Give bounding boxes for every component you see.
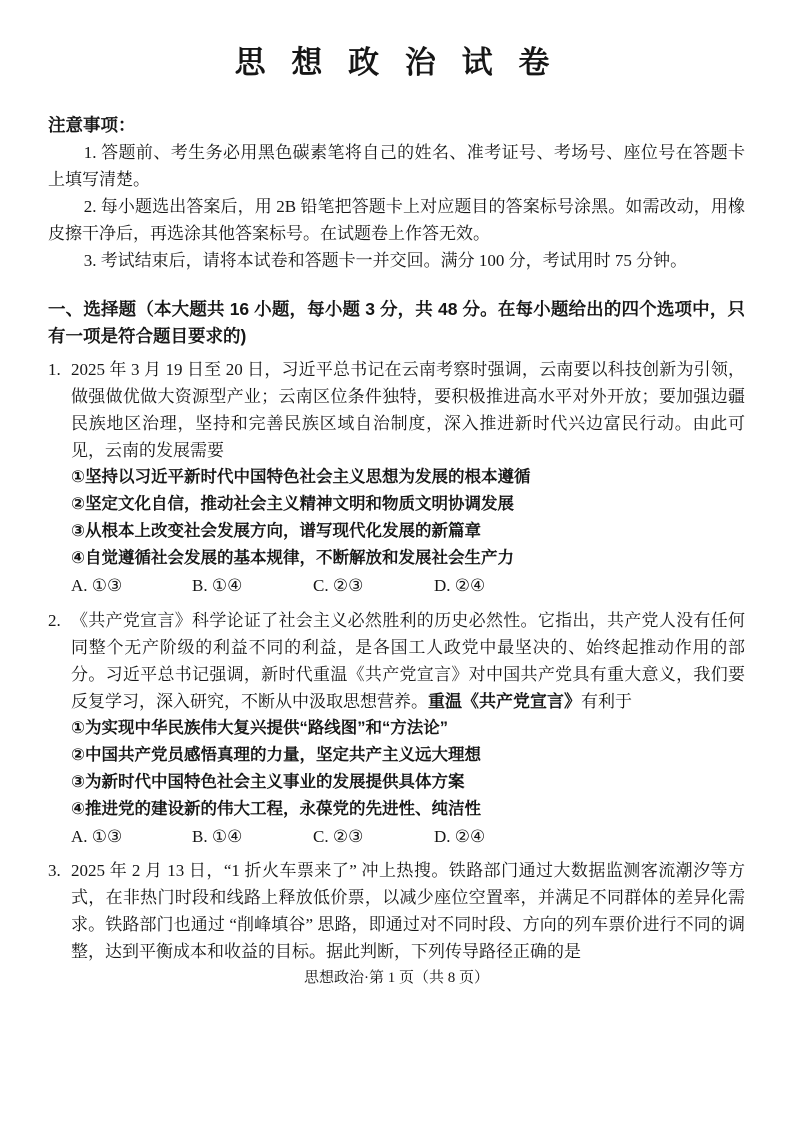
question-option-4: ④推进党的建设新的伟大工程，永葆党的先进性、纯洁性 xyxy=(71,796,745,823)
question-option-3: ③为新时代中国特色社会主义事业的发展提供具体方案 xyxy=(71,769,745,796)
question-option-4: ④自觉遵循社会发展的基本规律，不断解放和发展社会生产力 xyxy=(71,545,745,572)
stem-text: 2025 年 3 月 19 日至 20 日，习近平总书记在云南考察时强调，云南要… xyxy=(71,360,745,460)
question-option-3: ③从根本上改变社会发展方向，谱写现代化发展的新篇章 xyxy=(71,518,745,545)
stem-text: 有利于 xyxy=(581,692,632,711)
choice-b: B. ①④ xyxy=(192,823,313,850)
page-footer: 思想政治·第 1 页（共 8 页） xyxy=(0,968,793,988)
exam-page: 思 想 政 治 试 卷 注意事项： 1. 答题前、考生务必用黑色碳素笔将自己的姓… xyxy=(0,0,793,1121)
answer-choices: A. ①③ B. ①④ C. ②③ D. ②④ xyxy=(71,572,745,599)
question-stem: 2025 年 2 月 13 日，“1 折火车票来了” 冲上热搜。铁路部门通过大数… xyxy=(71,857,745,965)
question-stem: 2025 年 3 月 19 日至 20 日，习近平总书记在云南考察时强调，云南要… xyxy=(71,356,745,464)
notice-heading: 注意事项： xyxy=(48,112,745,139)
notice-item-3: 3. 考试结束后，请将本试卷和答题卡一并交回。满分 100 分，考试用时 75 … xyxy=(48,247,745,274)
stem-text: 2025 年 2 月 13 日，“1 折火车票来了” 冲上热搜。铁路部门通过大数… xyxy=(71,861,745,961)
choice-c: C. ②③ xyxy=(313,823,434,850)
notice-section: 注意事项： 1. 答题前、考生务必用黑色碳素笔将自己的姓名、准考证号、考场号、座… xyxy=(48,112,745,274)
notice-item-2: 2. 每小题选出答案后，用 2B 铅笔把答题卡上对应题目的答案标号涂黑。如需改动… xyxy=(48,193,745,247)
choice-b: B. ①④ xyxy=(192,572,313,599)
choice-d: D. ②④ xyxy=(434,572,485,599)
page-title: 思 想 政 治 试 卷 xyxy=(48,0,745,82)
question-option-1: ①为实现中华民族伟大复兴提供“路线图”和“方法论” xyxy=(71,715,745,742)
section-heading: 一、选择题（本大题共 16 小题，每小题 3 分，共 48 分。在每小题给出的四… xyxy=(48,296,745,350)
choice-c: C. ②③ xyxy=(313,572,434,599)
question-number: 3. xyxy=(48,857,61,884)
question-3: 3. 2025 年 2 月 13 日，“1 折火车票来了” 冲上热搜。铁路部门通… xyxy=(48,857,745,965)
question-stem: 《共产党宣言》科学论证了社会主义必然胜利的历史必然性。它指出，共产党人没有任何同… xyxy=(71,607,745,715)
question-option-2: ②坚定文化自信，推动社会主义精神文明和物质文明协调发展 xyxy=(71,491,745,518)
choice-d: D. ②④ xyxy=(434,823,485,850)
stem-text: 《共产党宣言》科学论证了社会主义必然胜利的历史必然性。它指出，共产党人没有任何同… xyxy=(71,611,745,711)
choice-a: A. ①③ xyxy=(71,823,192,850)
question-2: 2. 《共产党宣言》科学论证了社会主义必然胜利的历史必然性。它指出，共产党人没有… xyxy=(48,607,745,850)
question-option-1: ①坚持以习近平新时代中国特色社会主义思想为发展的根本遵循 xyxy=(71,464,745,491)
notice-item-1: 1. 答题前、考生务必用黑色碳素笔将自己的姓名、准考证号、考场号、座位号在答题卡… xyxy=(48,139,745,193)
question-number: 1. xyxy=(48,356,61,383)
question-1: 1. 2025 年 3 月 19 日至 20 日，习近平总书记在云南考察时强调，… xyxy=(48,356,745,599)
stem-emphasis: 重温《共产党宣言》 xyxy=(428,692,581,711)
question-option-2: ②中国共产党员感悟真理的力量，坚定共产主义远大理想 xyxy=(71,742,745,769)
choice-a: A. ①③ xyxy=(71,572,192,599)
answer-choices: A. ①③ B. ①④ C. ②③ D. ②④ xyxy=(71,823,745,850)
question-number: 2. xyxy=(48,607,61,634)
